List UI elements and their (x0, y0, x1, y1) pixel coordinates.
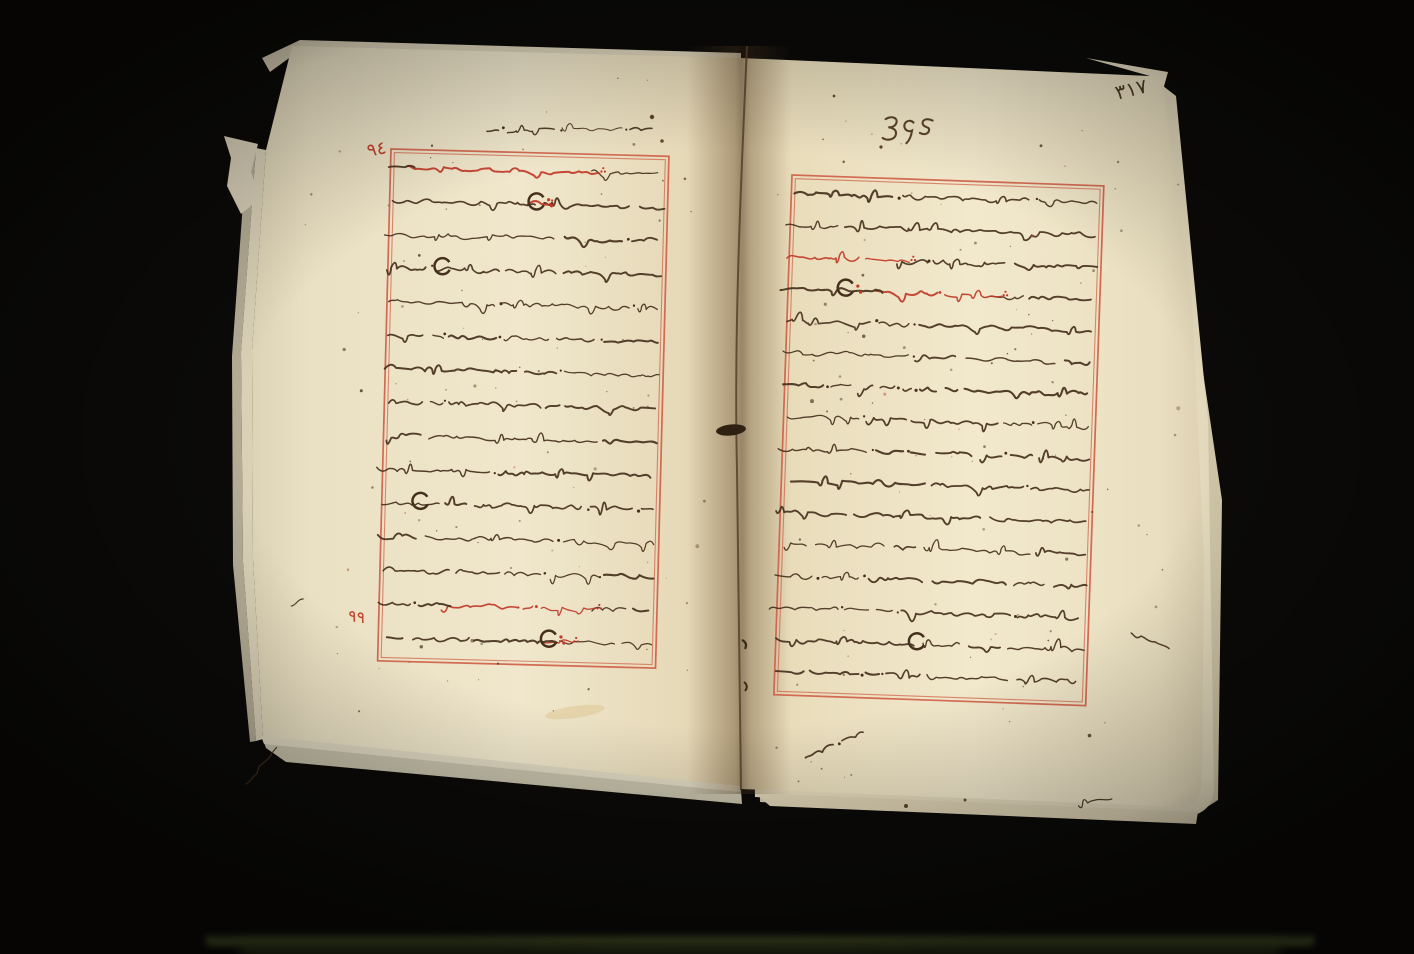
paper-speck (1005, 199, 1006, 200)
paper-speck (337, 653, 338, 654)
paper-speck (695, 544, 699, 548)
paper-speck (495, 387, 496, 388)
paper-speck (1177, 184, 1179, 186)
paper-speck (1065, 558, 1068, 561)
paper-speck (1115, 188, 1116, 189)
paper-speck (974, 242, 977, 245)
paper-speck (622, 339, 624, 341)
paper-speck (1016, 309, 1017, 310)
paper-speck (990, 638, 992, 640)
paper-speck (420, 645, 423, 648)
paper-speck (924, 419, 925, 420)
paper-speck (1031, 333, 1032, 334)
paper-speck (478, 679, 479, 680)
paper-speck (687, 670, 688, 671)
paper-speck (516, 401, 518, 403)
paper-speck (659, 220, 661, 222)
paper-speck (343, 348, 346, 351)
paper-speck (1051, 381, 1053, 383)
paper-speck (1117, 161, 1119, 163)
paper-speck (972, 461, 973, 462)
margin-number-top-left: ٩٤ (366, 139, 388, 160)
paper-speck (1064, 165, 1066, 167)
paper-speck (1092, 269, 1095, 272)
paper-speck (1137, 524, 1140, 527)
paper-speck (573, 487, 574, 488)
paper-speck (480, 642, 483, 645)
paper-speck (842, 674, 845, 677)
paper-speck (911, 192, 913, 194)
paper-speck (519, 366, 521, 368)
ink-speck (964, 799, 967, 802)
paper-speck (479, 204, 481, 206)
paper-speck (1009, 721, 1011, 723)
paper-speck (1047, 640, 1049, 642)
paper-speck (1091, 511, 1093, 513)
paper-speck (538, 370, 540, 372)
paper-speck (847, 655, 849, 657)
paper-speck (513, 466, 515, 468)
paper-speck (388, 205, 390, 207)
paper-speck (647, 394, 649, 396)
paper-speck (519, 520, 521, 522)
paper-speck (633, 407, 635, 409)
paper-speck (1017, 614, 1019, 616)
paper-speck (1002, 708, 1003, 709)
paper-speck (1155, 606, 1158, 609)
paper-speck (418, 254, 421, 257)
ink-speck (650, 115, 654, 119)
paper-speck (601, 193, 603, 195)
paper-speck (777, 194, 778, 195)
paper-speck (594, 467, 597, 470)
paper-speck (1028, 314, 1030, 316)
paper-speck (967, 485, 968, 486)
paper-speck (542, 196, 544, 198)
paper-speck (1080, 282, 1082, 284)
paper-speck (447, 680, 448, 681)
paper-speck (826, 410, 828, 412)
paper-speck (404, 512, 406, 514)
paper-speck (882, 226, 883, 227)
paper-speck (950, 368, 953, 371)
paper-speck (960, 249, 962, 251)
left-page-sheet (252, 46, 741, 789)
paper-speck (970, 657, 971, 658)
paper-speck (546, 111, 547, 112)
margin-number-bottom-left: ٩٩ (347, 608, 366, 626)
paper-speck (799, 538, 801, 540)
paper-speck (1014, 348, 1016, 350)
paper-speck (883, 393, 886, 396)
paper-speck (843, 630, 844, 631)
paper-speck (929, 515, 930, 516)
paper-speck (862, 335, 865, 338)
paper-speck (463, 328, 464, 329)
ink-speck (660, 139, 664, 143)
paper-speck (1042, 458, 1044, 460)
paper-speck (850, 473, 852, 475)
paper-speck (482, 339, 483, 340)
paper-speck (360, 389, 363, 392)
paper-speck (1055, 454, 1056, 455)
paper-speck (775, 747, 777, 749)
paper-speck (431, 145, 433, 147)
paper-speck (418, 519, 420, 521)
open-book (0, 0, 1414, 954)
right-page-sheet (741, 58, 1204, 807)
paper-speck (1007, 353, 1009, 355)
paper-speck (983, 445, 986, 448)
paper-speck (606, 391, 608, 393)
paper-speck (1031, 234, 1034, 237)
paper-speck (388, 301, 389, 302)
paper-speck (1146, 534, 1147, 535)
paper-speck (899, 491, 900, 492)
manuscript-photograph: ٣١٧ ٩٤ ٩٩ (0, 0, 1414, 954)
paper-speck (395, 383, 397, 385)
paper-speck (647, 562, 648, 563)
paper-speck (842, 160, 845, 163)
paper-speck (940, 204, 941, 205)
paper-speck (1052, 320, 1053, 321)
paper-speck (310, 193, 312, 195)
manuscript-stroke (245, 747, 278, 786)
paper-speck (915, 455, 916, 456)
paper-speck (839, 375, 842, 378)
paper-speck (510, 567, 512, 569)
paper-speck (305, 224, 307, 226)
paper-speck (371, 486, 373, 488)
paper-speck (477, 542, 478, 543)
paper-speck (347, 568, 350, 571)
ink-speck (904, 804, 908, 808)
paper-speck (864, 239, 866, 241)
paper-speck (585, 242, 586, 243)
paper-speck (1022, 686, 1024, 688)
paper-speck (847, 332, 848, 333)
paper-speck (522, 149, 524, 151)
paper-speck (840, 398, 843, 401)
paper-speck (995, 633, 997, 635)
paper-speck (872, 402, 873, 403)
paper-speck (934, 603, 936, 605)
paper-speck (587, 688, 589, 690)
paper-speck (796, 684, 798, 686)
paper-speck (430, 157, 431, 158)
paper-speck (446, 208, 448, 210)
paper-speck (1162, 569, 1164, 571)
paper-speck (547, 451, 549, 453)
paper-speck (617, 78, 618, 79)
paper-speck (845, 120, 846, 121)
paper-speck (684, 177, 687, 180)
paper-speck (690, 211, 691, 212)
paper-speck (822, 139, 824, 141)
paper-speck (436, 530, 437, 531)
paper-speck (579, 566, 580, 567)
paper-speck (871, 133, 873, 135)
paper-speck (810, 399, 814, 403)
paper-speck (585, 266, 586, 267)
paper-speck (336, 626, 338, 628)
ink-speck (833, 95, 836, 98)
ink-speck (879, 145, 882, 148)
paper-speck (633, 143, 636, 146)
paper-speck (473, 384, 476, 387)
paper-speck (703, 500, 706, 503)
paper-speck (907, 231, 909, 233)
manuscript-stroke (641, 508, 653, 509)
paper-speck (461, 290, 462, 291)
paper-speck (1010, 246, 1012, 248)
paper-speck (1065, 414, 1066, 415)
paper-speck (1176, 406, 1180, 410)
paper-speck (1088, 734, 1092, 738)
margin-doodle-bottom-left (245, 747, 278, 786)
paper-speck (605, 257, 606, 258)
paper-speck (1107, 489, 1109, 491)
paper-speck (1082, 130, 1083, 131)
paper-speck (497, 663, 499, 665)
paper-speck (452, 162, 453, 163)
paper-speck (821, 768, 823, 770)
paper-speck (850, 774, 852, 776)
paper-speck (407, 399, 409, 401)
paper-speck (408, 661, 409, 662)
paper-speck (401, 305, 404, 308)
paper-speck (653, 307, 654, 308)
paper-speck (951, 456, 952, 457)
paper-speck (646, 649, 648, 651)
paper-speck (494, 369, 497, 372)
paper-speck (686, 602, 688, 604)
paper-speck (783, 385, 784, 386)
paper-speck (1120, 229, 1123, 232)
paper-speck (647, 406, 649, 408)
paper-speck (470, 639, 474, 643)
paper-speck (824, 303, 827, 306)
paper-speck (358, 312, 359, 313)
paper-speck (814, 323, 817, 326)
paper-speck (1040, 144, 1043, 147)
paper-speck (1050, 630, 1052, 632)
paper-speck (557, 347, 558, 348)
paper-speck (662, 180, 664, 182)
paper-speck (810, 761, 812, 763)
paper-speck (1104, 722, 1106, 724)
paper-speck (666, 577, 667, 578)
paper-speck (1174, 434, 1177, 437)
paper-speck (409, 461, 411, 463)
paper-speck (903, 346, 906, 349)
paper-speck (982, 528, 985, 531)
paper-speck (403, 260, 405, 262)
paper-speck (862, 274, 865, 277)
paper-speck (647, 80, 648, 81)
paper-speck (455, 526, 457, 528)
paper-speck (991, 362, 993, 364)
paper-speck (339, 150, 341, 152)
paper-speck (358, 710, 360, 712)
paper-speck (844, 777, 845, 778)
paper-speck (802, 320, 803, 321)
paper-speck (445, 389, 447, 391)
paper-speck (797, 780, 799, 782)
paper-speck (958, 428, 960, 430)
paper-speck (813, 360, 815, 362)
paper-speck (901, 143, 903, 145)
paper-speck (378, 668, 379, 669)
paper-speck (551, 550, 553, 552)
